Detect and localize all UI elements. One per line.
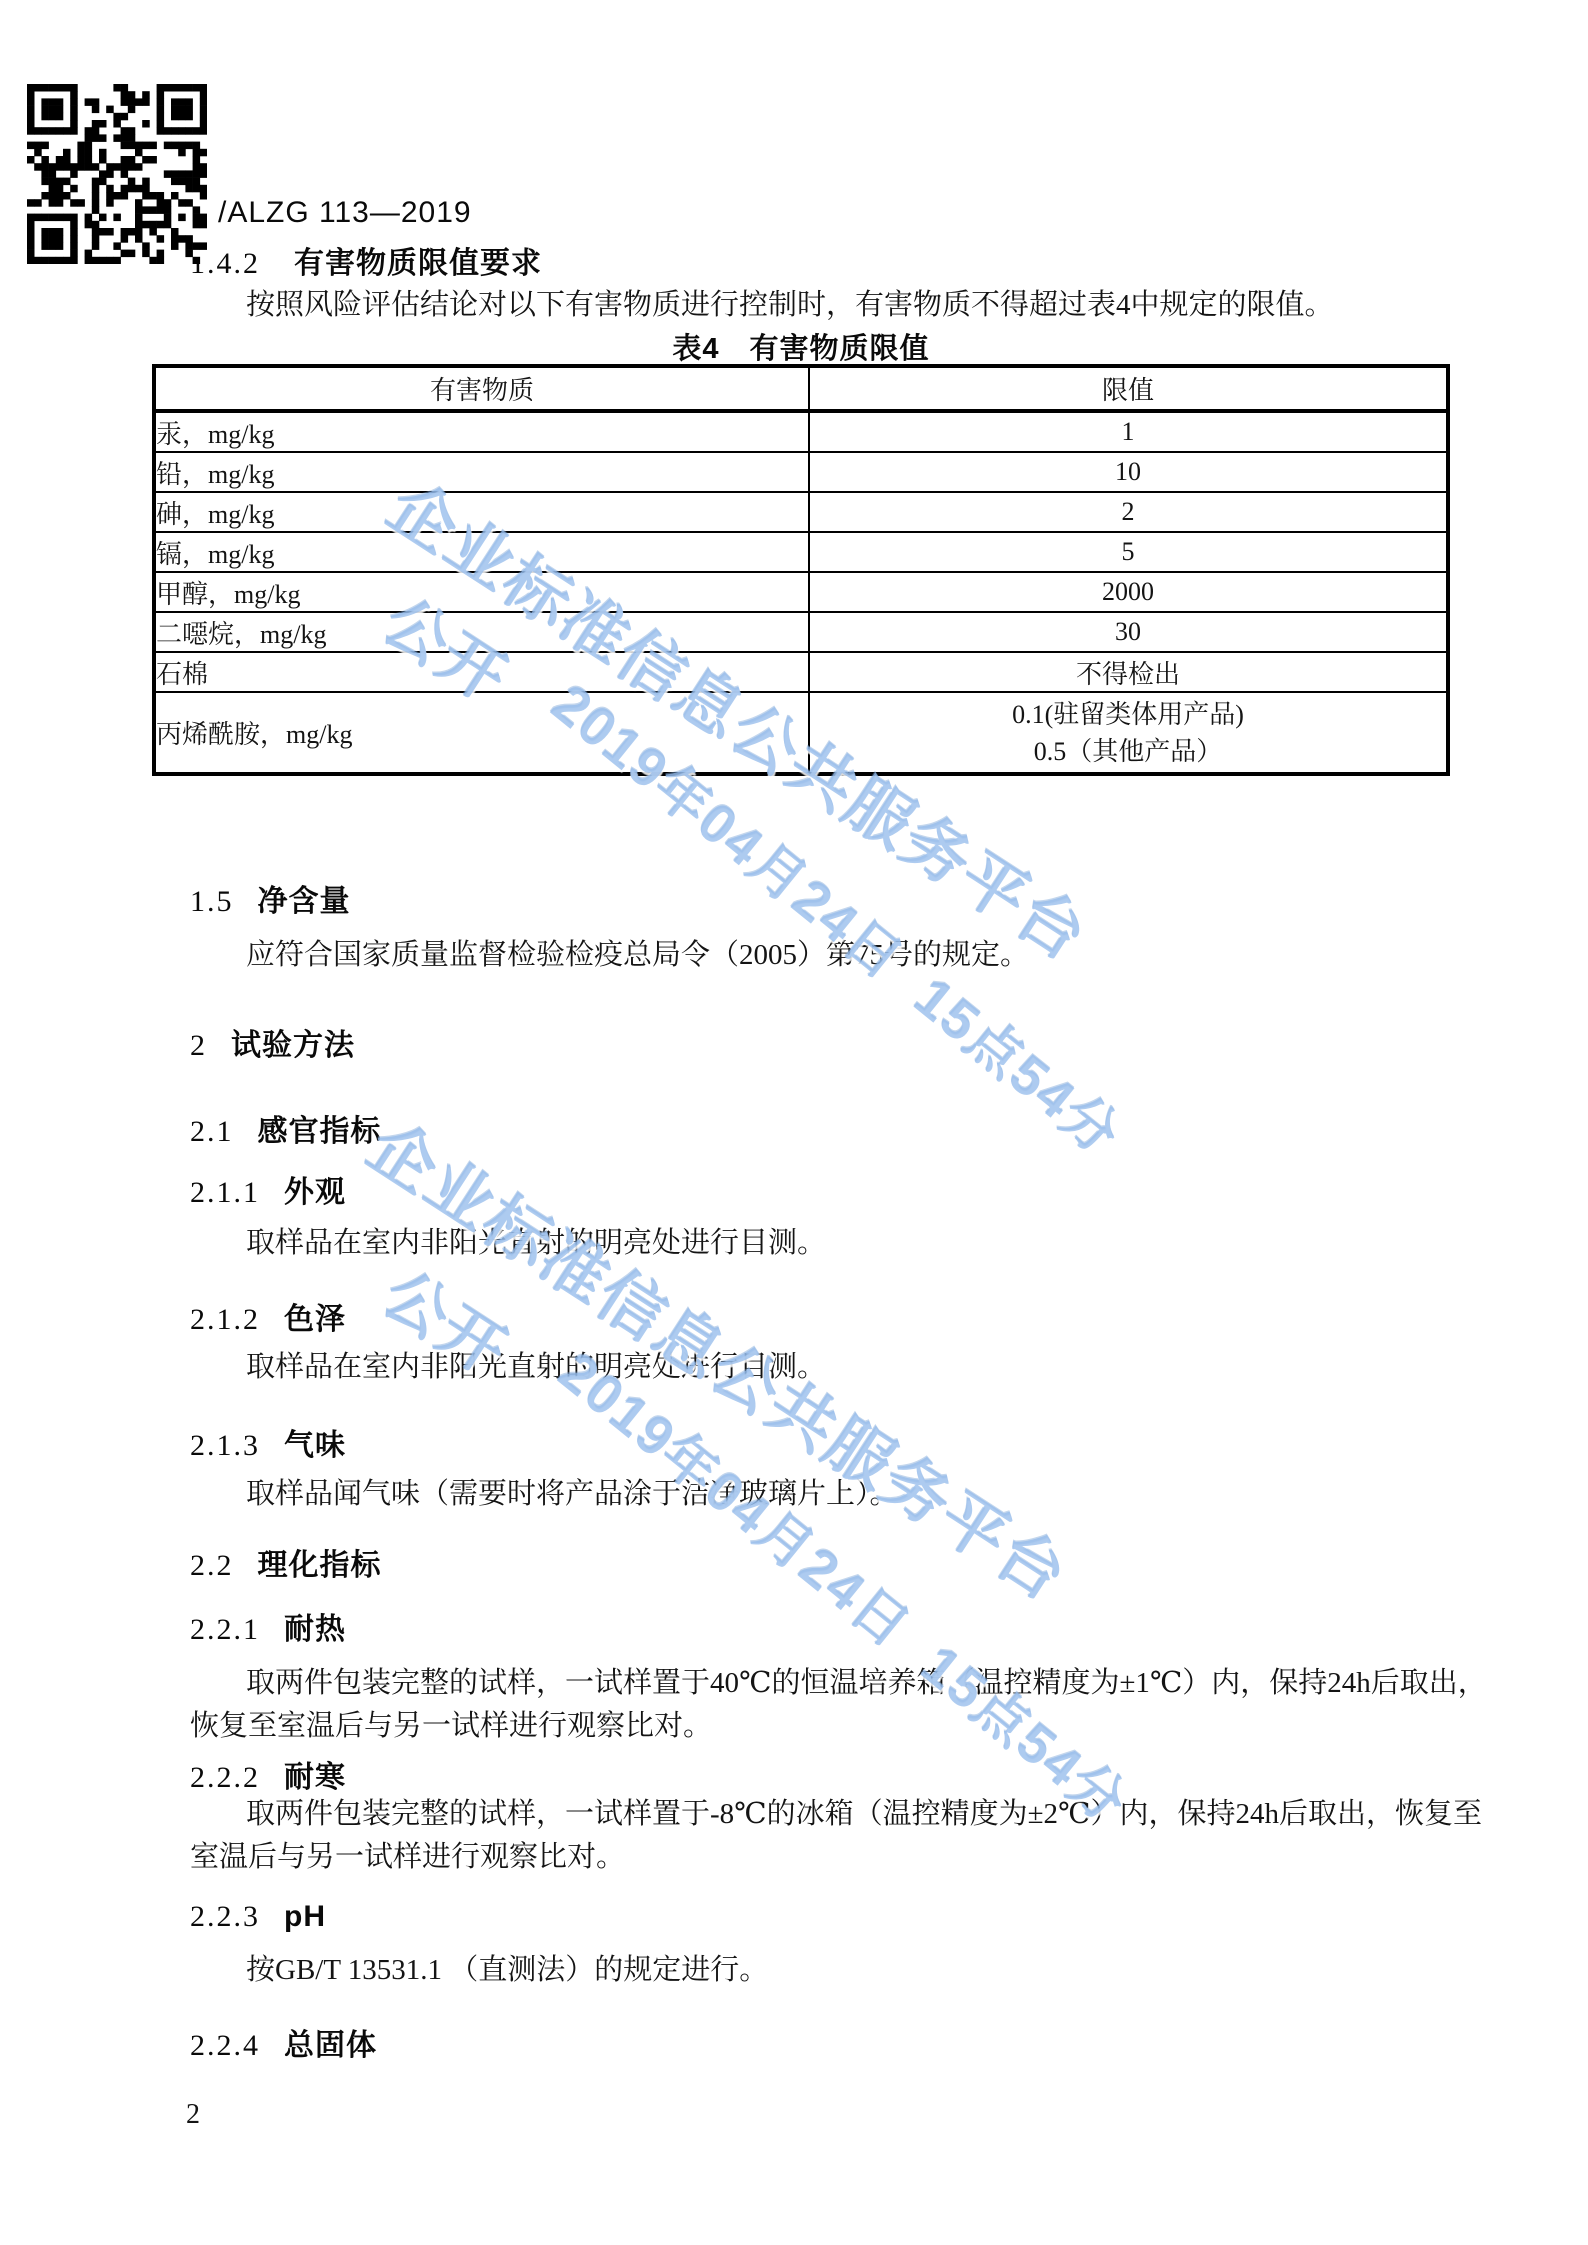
heading-title: 耐寒 xyxy=(284,1761,346,1794)
table-row: 砷，mg/kg 2 xyxy=(154,492,1448,532)
paragraph-2-2-1-line-1: 取两件包装完整的试样，一试样置于40℃的恒温培养箱（温控精度为±1℃）内，保持2… xyxy=(246,1666,1487,1700)
paragraph-2-1-1: 取样品在室内非阳光直射的明亮处进行目测。 xyxy=(246,1226,826,1260)
heading-number: 2.2.1 xyxy=(190,1613,260,1646)
section-heading-2-2-4: 2.2.4总固体 xyxy=(190,2020,377,2064)
heading-number: 2.2.3 xyxy=(190,1900,260,1933)
paragraph-2-1-2: 取样品在室内非阳光直射的明亮处进行目测。 xyxy=(246,1350,826,1384)
paragraph-2-2-1-line-2: 恢复至室温后与另一试样进行观察比对。 xyxy=(190,1709,712,1743)
paragraph-2-2-2-line-2: 室温后与另一试样进行观察比对。 xyxy=(190,1840,625,1874)
section-heading-2-2-2: 2.2.2耐寒 xyxy=(190,1752,346,1796)
section-heading-2-2: 2.2理化指标 xyxy=(190,1540,382,1584)
section-heading-2-2-1: 2.2.1耐热 xyxy=(190,1604,346,1648)
substance-cell: 二噁烷，mg/kg xyxy=(154,612,809,652)
substance-cell: 石棉 xyxy=(154,652,809,692)
page-number: 2 xyxy=(186,2098,200,2132)
section-heading-2: 2试验方法 xyxy=(190,1020,355,1064)
heading-number: 1.5 xyxy=(190,885,234,918)
qr-code-image xyxy=(27,84,207,264)
table-row: 汞，mg/kg 1 xyxy=(154,411,1448,452)
heading-number: 2.1.1 xyxy=(190,1176,260,1209)
table-caption: 表4 有害物质限值 xyxy=(152,326,1450,367)
limit-cell: 5 xyxy=(809,532,1448,572)
heading-number: 2.1.3 xyxy=(190,1429,260,1462)
limit-cell: 10 xyxy=(809,452,1448,492)
table-row: 二噁烷，mg/kg 30 xyxy=(154,612,1448,652)
limit-cell: 0.1(驻留类体用产品) 0.5（其他产品） xyxy=(809,692,1448,774)
heading-title: 耐热 xyxy=(284,1613,346,1646)
table-row: 丙烯酰胺，mg/kg 0.1(驻留类体用产品) 0.5（其他产品） xyxy=(154,692,1448,774)
limit-cell: 不得检出 xyxy=(809,652,1448,692)
table-row: 甲醇，mg/kg 2000 xyxy=(154,572,1448,612)
heading-title: 色泽 xyxy=(284,1303,346,1336)
watermark-date-text-2: 2019年04月24日 15点54分 xyxy=(545,1330,1147,1839)
section-heading-2-1-1: 2.1.1外观 xyxy=(190,1167,346,1211)
paragraph-2-2-3: 按GB/T 13531.1 （直测法）的规定进行。 xyxy=(246,1953,768,1987)
paragraph-1-4-2: 按照风险评估结论对以下有害物质进行控制时，有害物质不得超过表4中规定的限值。 xyxy=(246,288,1334,322)
heading-number: 2.1 xyxy=(190,1115,234,1148)
heading-title: 气味 xyxy=(284,1429,346,1462)
table-row: 镉，mg/kg 5 xyxy=(154,532,1448,572)
section-heading-2-1-3: 2.1.3气味 xyxy=(190,1420,346,1464)
section-heading-2-1-2: 2.1.2色泽 xyxy=(190,1294,346,1338)
table-row: 石棉 不得检出 xyxy=(154,652,1448,692)
substance-cell: 砷，mg/kg xyxy=(154,492,809,532)
table-row: 铅，mg/kg 10 xyxy=(154,452,1448,492)
heading-number: 2.2 xyxy=(190,1549,234,1582)
paragraph-1-5: 应符合国家质量监督检验检疫总局令（2005）第75号的规定。 xyxy=(246,938,1029,972)
substance-cell: 镉，mg/kg xyxy=(154,532,809,572)
table-header-row: 有害物质 限值 xyxy=(154,366,1448,411)
limit-line-1: 0.1(驻留类体用产品) xyxy=(810,696,1446,733)
paragraph-2-2-2-line-1: 取两件包装完整的试样，一试样置于-8℃的冰箱（温控精度为±2℃）内，保持24h后… xyxy=(246,1797,1482,1831)
heading-number: 2.2.2 xyxy=(190,1761,260,1794)
table-header-limit: 限值 xyxy=(809,366,1448,411)
table-header-substance: 有害物质 xyxy=(154,366,809,411)
section-heading-1-5: 1.5净含量 xyxy=(190,876,351,920)
section-heading-2-1: 2.1感官指标 xyxy=(190,1106,382,1150)
section-heading-2-2-3: 2.2.3pH xyxy=(190,1900,326,1934)
limit-cell: 1 xyxy=(809,411,1448,452)
limit-line-2: 0.5（其他产品） xyxy=(810,733,1446,770)
substance-cell: 甲醇，mg/kg xyxy=(154,572,809,612)
substance-cell: 丙烯酰胺，mg/kg xyxy=(154,692,809,774)
harmful-substances-table: 有害物质 限值 汞，mg/kg 1 铅，mg/kg 10 砷，mg/kg 2 镉… xyxy=(152,364,1450,776)
standard-number: /ALZG 113—2019 xyxy=(218,196,472,230)
heading-title: 试验方法 xyxy=(231,1029,355,1062)
limit-cell: 2 xyxy=(809,492,1448,532)
heading-title: 外观 xyxy=(284,1176,346,1209)
heading-number: 2.2.4 xyxy=(190,2029,260,2062)
limit-cell: 30 xyxy=(809,612,1448,652)
heading-number: 2.1.2 xyxy=(190,1303,260,1336)
heading-title: pH xyxy=(284,1900,326,1933)
substance-cell: 铅，mg/kg xyxy=(154,452,809,492)
limit-cell: 2000 xyxy=(809,572,1448,612)
heading-title: 感官指标 xyxy=(258,1115,382,1148)
heading-title: 有害物质限值要求 xyxy=(294,247,542,280)
heading-title: 净含量 xyxy=(258,885,351,918)
substance-cell: 汞，mg/kg xyxy=(154,411,809,452)
paragraph-2-1-3: 取样品闻气味（需要时将产品涂于洁净玻璃片上）。 xyxy=(246,1477,899,1511)
section-heading-1-4-2: 1.4.2有害物质限值要求 xyxy=(190,238,542,282)
heading-title: 总固体 xyxy=(284,2029,377,2062)
heading-number: 2 xyxy=(190,1029,207,1062)
heading-title: 理化指标 xyxy=(258,1549,382,1582)
